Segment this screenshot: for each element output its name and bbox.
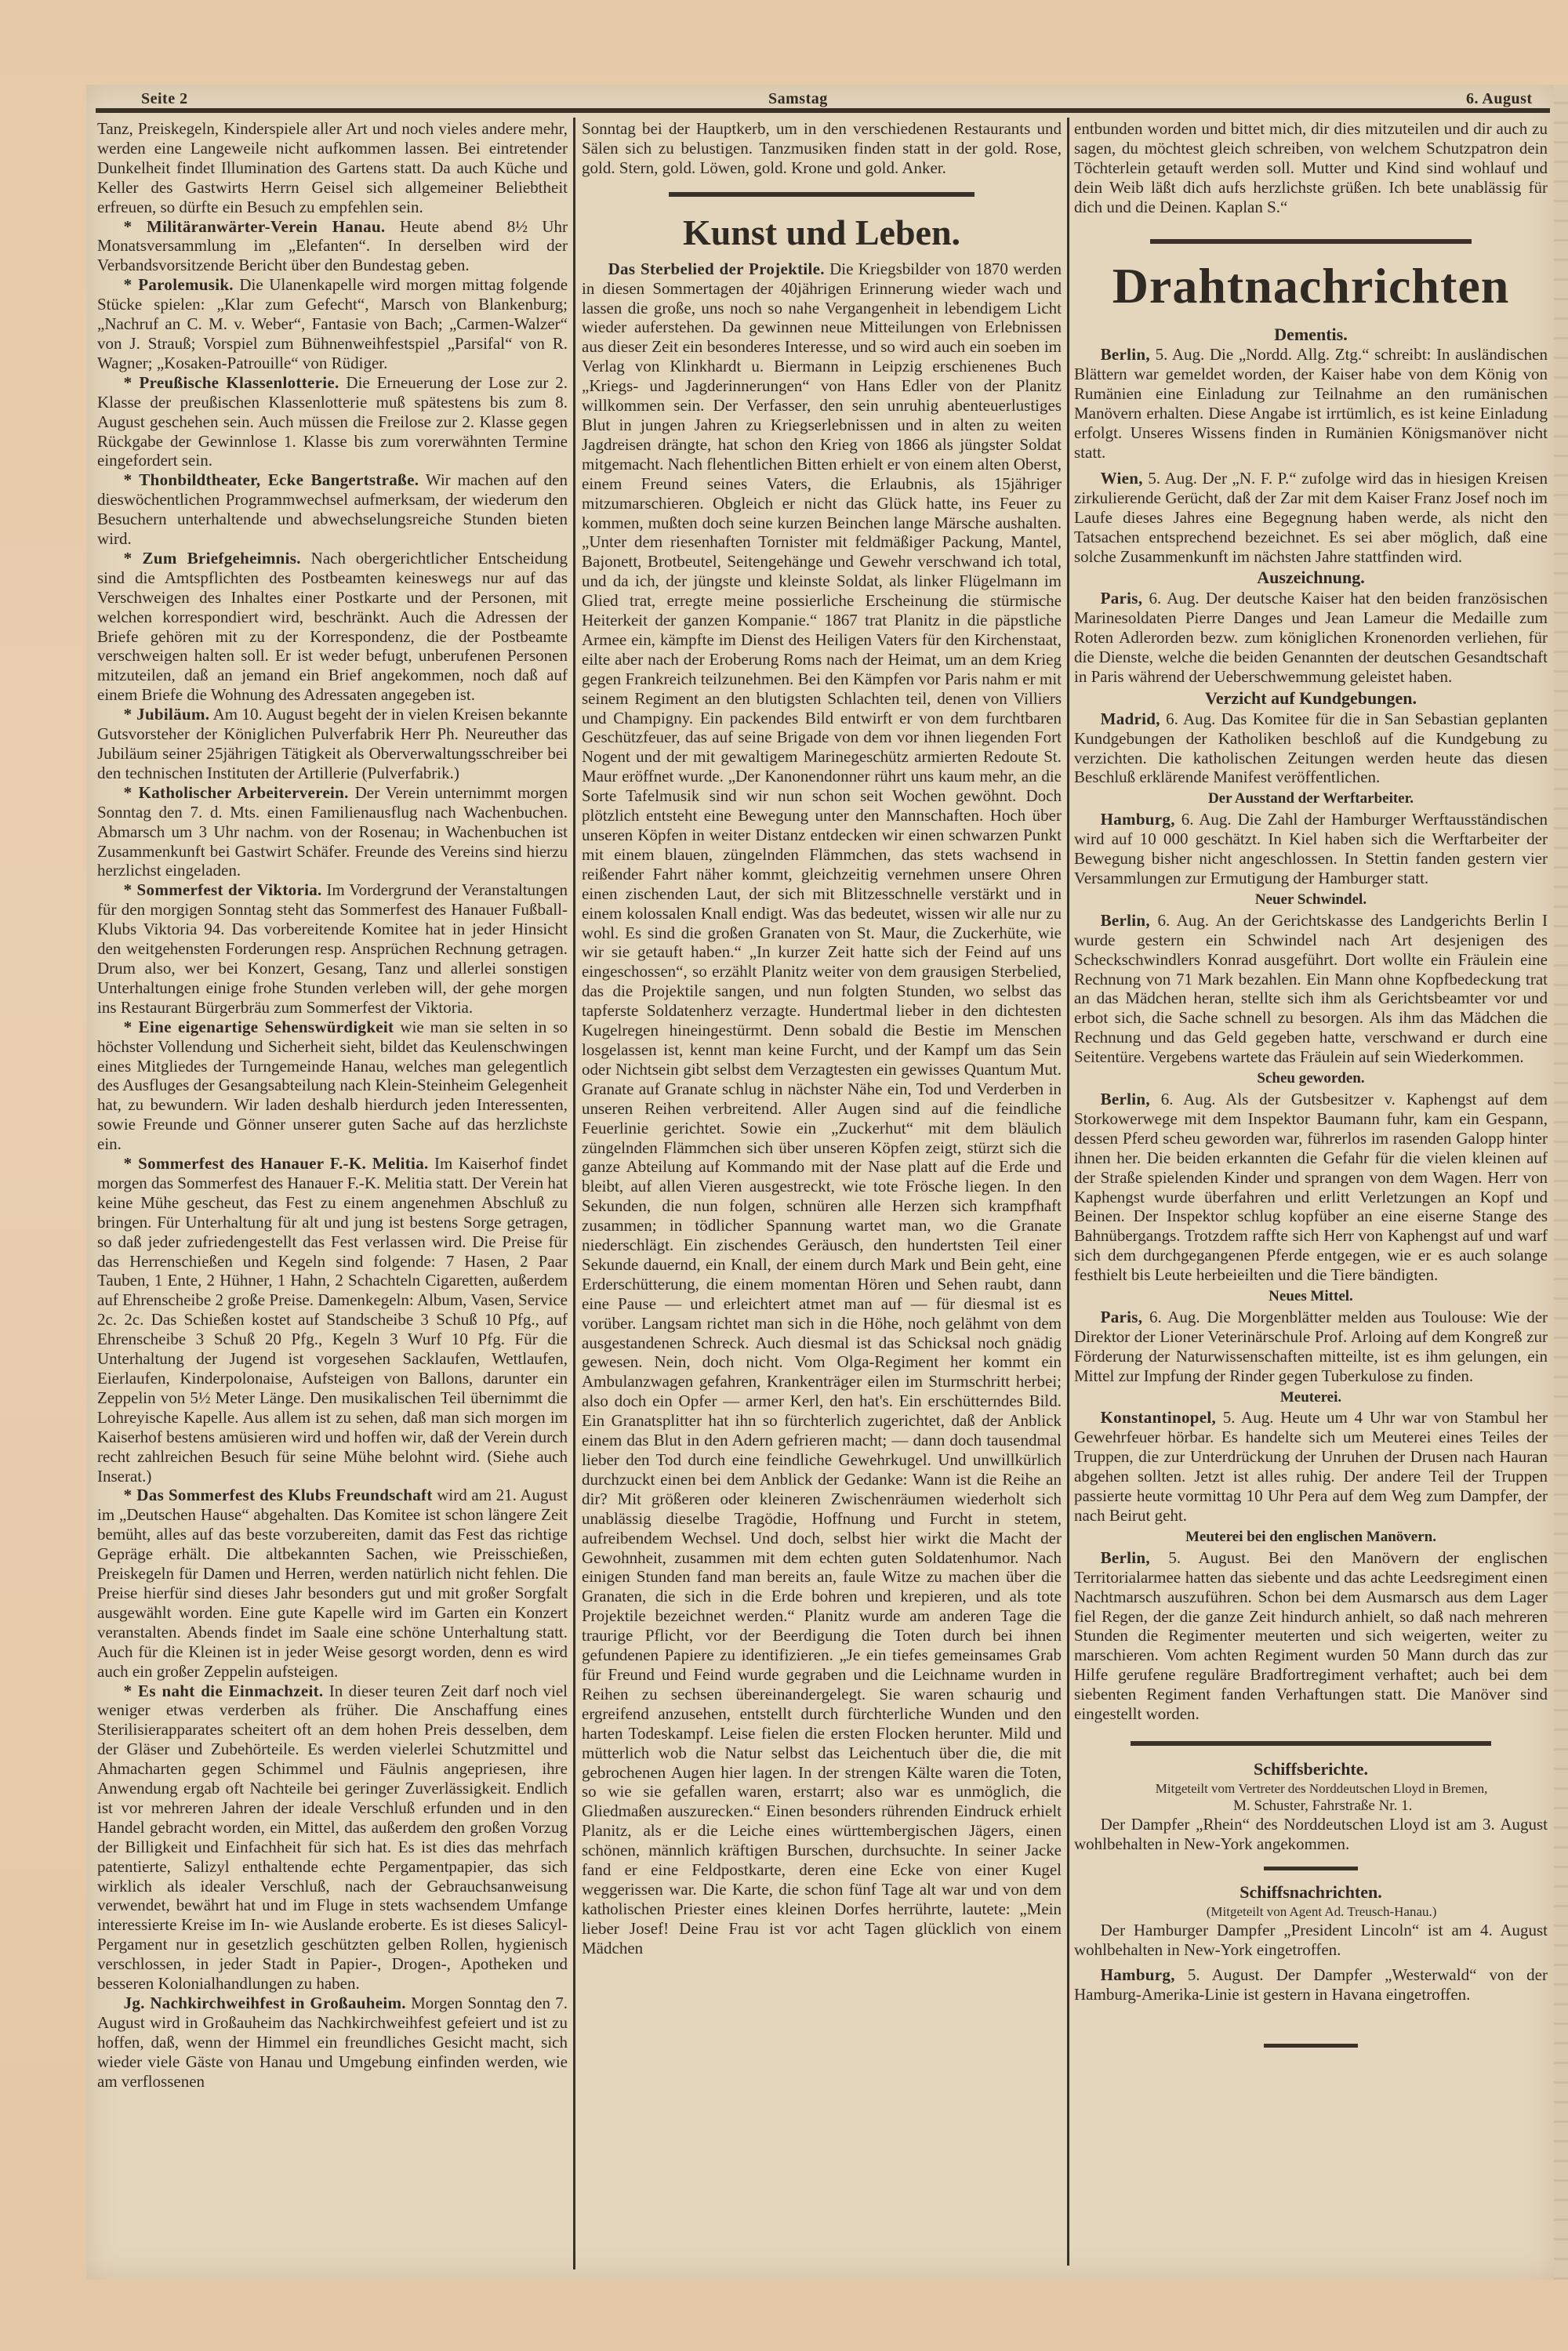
news-item: * Sommerfest des Hanauer F.-K. Melitia. … — [97, 1154, 568, 1486]
page-number: Seite 2 — [141, 90, 188, 108]
news-title: Neues Mittel. — [1074, 1287, 1548, 1307]
article-continuation: Sonntag bei der Hauptkerb, um in den ver… — [582, 119, 1062, 178]
dateline: Berlin, — [1101, 345, 1150, 364]
news-item: * Preußische Klassenlotterie. Die Erneue… — [97, 373, 568, 471]
news-item: Berlin, 5. Aug. Die „Nordd. Allg. Ztg.“ … — [1074, 345, 1548, 462]
news-item-head: * Sommerfest der Viktoria. — [124, 880, 322, 899]
news-item: Paris, 6. Aug. Der deutsche Kaiser hat d… — [1074, 589, 1548, 687]
article-continuation: entbunden worden und bittet mich, dir di… — [1074, 119, 1548, 217]
ship-reports-subtitle: Mitgeteilt vom Vertreter des Norddeutsch… — [1074, 1780, 1548, 1798]
column-arts: Sonntag bei der Hauptkerb, um in den ver… — [582, 119, 1062, 1958]
article-body: Die Kriegsbilder von 1870 werden in dies… — [582, 259, 1062, 1957]
dateline: Wien, — [1101, 469, 1143, 488]
column-local-news: Tanz, Preiskegeln, Kinderspiele aller Ar… — [97, 119, 568, 2092]
news-item: * Es naht die Einmachzeit. In dieser teu… — [97, 1682, 568, 1994]
ship-report: Der Dampfer „Rhein“ des Norddeutschen Ll… — [1074, 1815, 1548, 1854]
news-item-text: Im Kaiserhof findet morgen das Sommerfes… — [97, 1154, 568, 1486]
news-title: Der Ausstand der Werftarbeiter. — [1074, 789, 1548, 809]
section-rule — [1150, 239, 1472, 244]
news-item-text: Im Vordergrund der Veranstaltungen für d… — [97, 880, 568, 1016]
news-item: * Zum Briefgeheimnis. Nach obergerichtli… — [97, 549, 568, 705]
ship-news-item: Der Hamburger Dampfer „President Lincoln… — [1074, 1921, 1548, 1960]
ship-news-title: Schiffsnachrichten. — [1074, 1883, 1548, 1903]
dateline: Hamburg, — [1101, 810, 1175, 829]
section-title-drahtnachrichten: Drahtnachrichten — [1074, 258, 1548, 314]
news-item: * Parolemusik. Die Ulanenkapelle wird mo… — [97, 275, 568, 373]
facing-page-edge — [1554, 85, 1568, 2280]
news-text: 5. Aug. Der „N. F. P.“ zufolge wird das … — [1074, 469, 1548, 566]
news-item: * Sommerfest der Viktoria. Im Vordergrun… — [97, 880, 568, 1017]
news-title: Neuer Schwindel. — [1074, 891, 1548, 910]
news-item-head: * Preußische Klassenlotterie. — [124, 373, 339, 392]
news-item-text: wie man sie selten in so höchster Vollen… — [97, 1018, 568, 1153]
dateline: Hamburg, — [1101, 1965, 1175, 1984]
news-title: Meuterei. — [1074, 1388, 1548, 1408]
news-item: Madrid, 6. Aug. Das Komitee für die in S… — [1074, 709, 1548, 788]
news-item: Berlin, 6. Aug. An der Gerichtskasse des… — [1074, 911, 1548, 1067]
news-item: * Katholischer Arbeiterverein. Der Verei… — [97, 783, 568, 881]
news-text: 6. Aug. Als der Gutsbesitzer v. Kaphengs… — [1074, 1090, 1548, 1284]
news-item: Jg. Nachkirchweihfest in Großauheim. Mor… — [97, 1994, 568, 2092]
news-item-head: * Parolemusik. — [124, 275, 234, 294]
weekday-label: Samstag — [768, 90, 828, 108]
news-item: Berlin, 6. Aug. Als der Gutsbesitzer v. … — [1074, 1090, 1548, 1285]
news-item-head: * Eine eigenartige Sehenswürdigkeit — [124, 1018, 394, 1036]
news-item: * Thonbildtheater, Ecke Bangertstraße. W… — [97, 470, 568, 549]
news-text: 6. Aug. An der Gerichtskasse des Landger… — [1074, 911, 1548, 1066]
news-item: Paris, 6. Aug. Die Morgenblätter melden … — [1074, 1308, 1548, 1386]
dateline: Paris, — [1101, 1308, 1143, 1326]
news-title: Meuterei bei den englischen Manövern. — [1074, 1528, 1548, 1547]
news-text: 6. Aug. Die Morgenblätter melden aus Tou… — [1074, 1308, 1548, 1385]
news-item: * Jubiläum. Am 10. August begeht der in … — [97, 705, 568, 783]
dateline: Berlin, — [1101, 911, 1150, 930]
column-divider-2 — [1067, 118, 1069, 2266]
ship-reports-agent: M. Schuster, Fahrstraße Nr. 1. — [1074, 1798, 1548, 1815]
dateline: Paris, — [1101, 589, 1143, 608]
date-label: 6. August — [1466, 90, 1533, 108]
news-item-text: In dieser teuren Zeit darf noch viel wen… — [97, 1682, 568, 1994]
dateline: Konstantinopel, — [1101, 1408, 1216, 1427]
article-headline: Das Sterbelied der Projektile. — [608, 259, 825, 278]
section-rule — [1264, 1867, 1358, 1870]
news-item-head: * Sommerfest des Hanauer F.-K. Melitia. — [124, 1154, 429, 1173]
column-divider-1 — [573, 118, 575, 2269]
news-item: Wien, 5. Aug. Der „N. F. P.“ zufolge wir… — [1074, 469, 1548, 567]
news-item: * Das Sommerfest des Klubs Freundschaft … — [97, 1486, 568, 1681]
dateline: Berlin, — [1101, 1090, 1150, 1108]
news-title: Verzicht auf Kundgebungen. — [1074, 689, 1548, 709]
news-title: Dementis. — [1074, 325, 1548, 345]
section-title-kunst-und-leben: Kunst und Leben. — [582, 211, 1062, 255]
news-item: * Eine eigenartige Sehenswürdigkeit wie … — [97, 1018, 568, 1154]
news-item-head: * Militäranwärter-Verein Hanau. — [124, 217, 386, 236]
news-title: Scheu geworden. — [1074, 1069, 1548, 1089]
news-item-head: Jg. Nachkirchweihfest in Großauheim. — [124, 1994, 406, 2012]
news-item-head: * Es naht die Einmachzeit. — [124, 1682, 324, 1700]
section-rule — [669, 192, 975, 197]
news-item-head: * Zum Briefgeheimnis. — [124, 549, 301, 568]
news-item-head: * Katholischer Arbeiterverein. — [124, 783, 349, 802]
ship-news-subtitle: (Mitgeteilt von Agent Ad. Treusch-Hanau.… — [1074, 1903, 1548, 1921]
news-item: * Militäranwärter-Verein Hanau. Heute ab… — [97, 217, 568, 276]
news-item: Konstantinopel, 5. Aug. Heute um 4 Uhr w… — [1074, 1408, 1548, 1525]
ship-reports-title: Schiffsberichte. — [1074, 1760, 1548, 1780]
end-rule — [1264, 2044, 1358, 2048]
news-item: Berlin, 5. August. Bei den Manövern der … — [1074, 1548, 1548, 1724]
article-continuation: Tanz, Preiskegeln, Kinderspiele aller Ar… — [97, 119, 568, 217]
feature-article: Das Sterbelied der Projektile. Die Krieg… — [582, 259, 1062, 1958]
news-title: Auszeichnung. — [1074, 568, 1548, 588]
news-item-head: * Thonbildtheater, Ecke Bangertstraße. — [124, 470, 419, 489]
news-item-head: * Jubiläum. — [124, 705, 210, 724]
news-item-text: Nach obergerichtlicher Entscheidung sind… — [97, 549, 568, 704]
ship-news-item: Hamburg, 5. August. Der Dampfer „Westerw… — [1074, 1965, 1548, 2005]
column-wire-news: entbunden worden und bittet mich, dir di… — [1074, 119, 1548, 2048]
header-rule — [96, 108, 1550, 113]
dateline: Madrid, — [1101, 709, 1160, 728]
news-item-head: * Das Sommerfest des Klubs Freundschaft — [124, 1486, 433, 1504]
section-rule — [1131, 1741, 1491, 1746]
news-item-text: wird am 21. August im „Deutschen Hause“ … — [97, 1486, 568, 1680]
news-text: 5. August. Bei den Manövern der englisch… — [1074, 1548, 1548, 1723]
news-item: Hamburg, 6. Aug. Die Zahl der Hamburger … — [1074, 810, 1548, 888]
dateline: Berlin, — [1101, 1548, 1150, 1567]
news-text: 6. Aug. Der deutsche Kaiser hat den beid… — [1074, 589, 1548, 686]
